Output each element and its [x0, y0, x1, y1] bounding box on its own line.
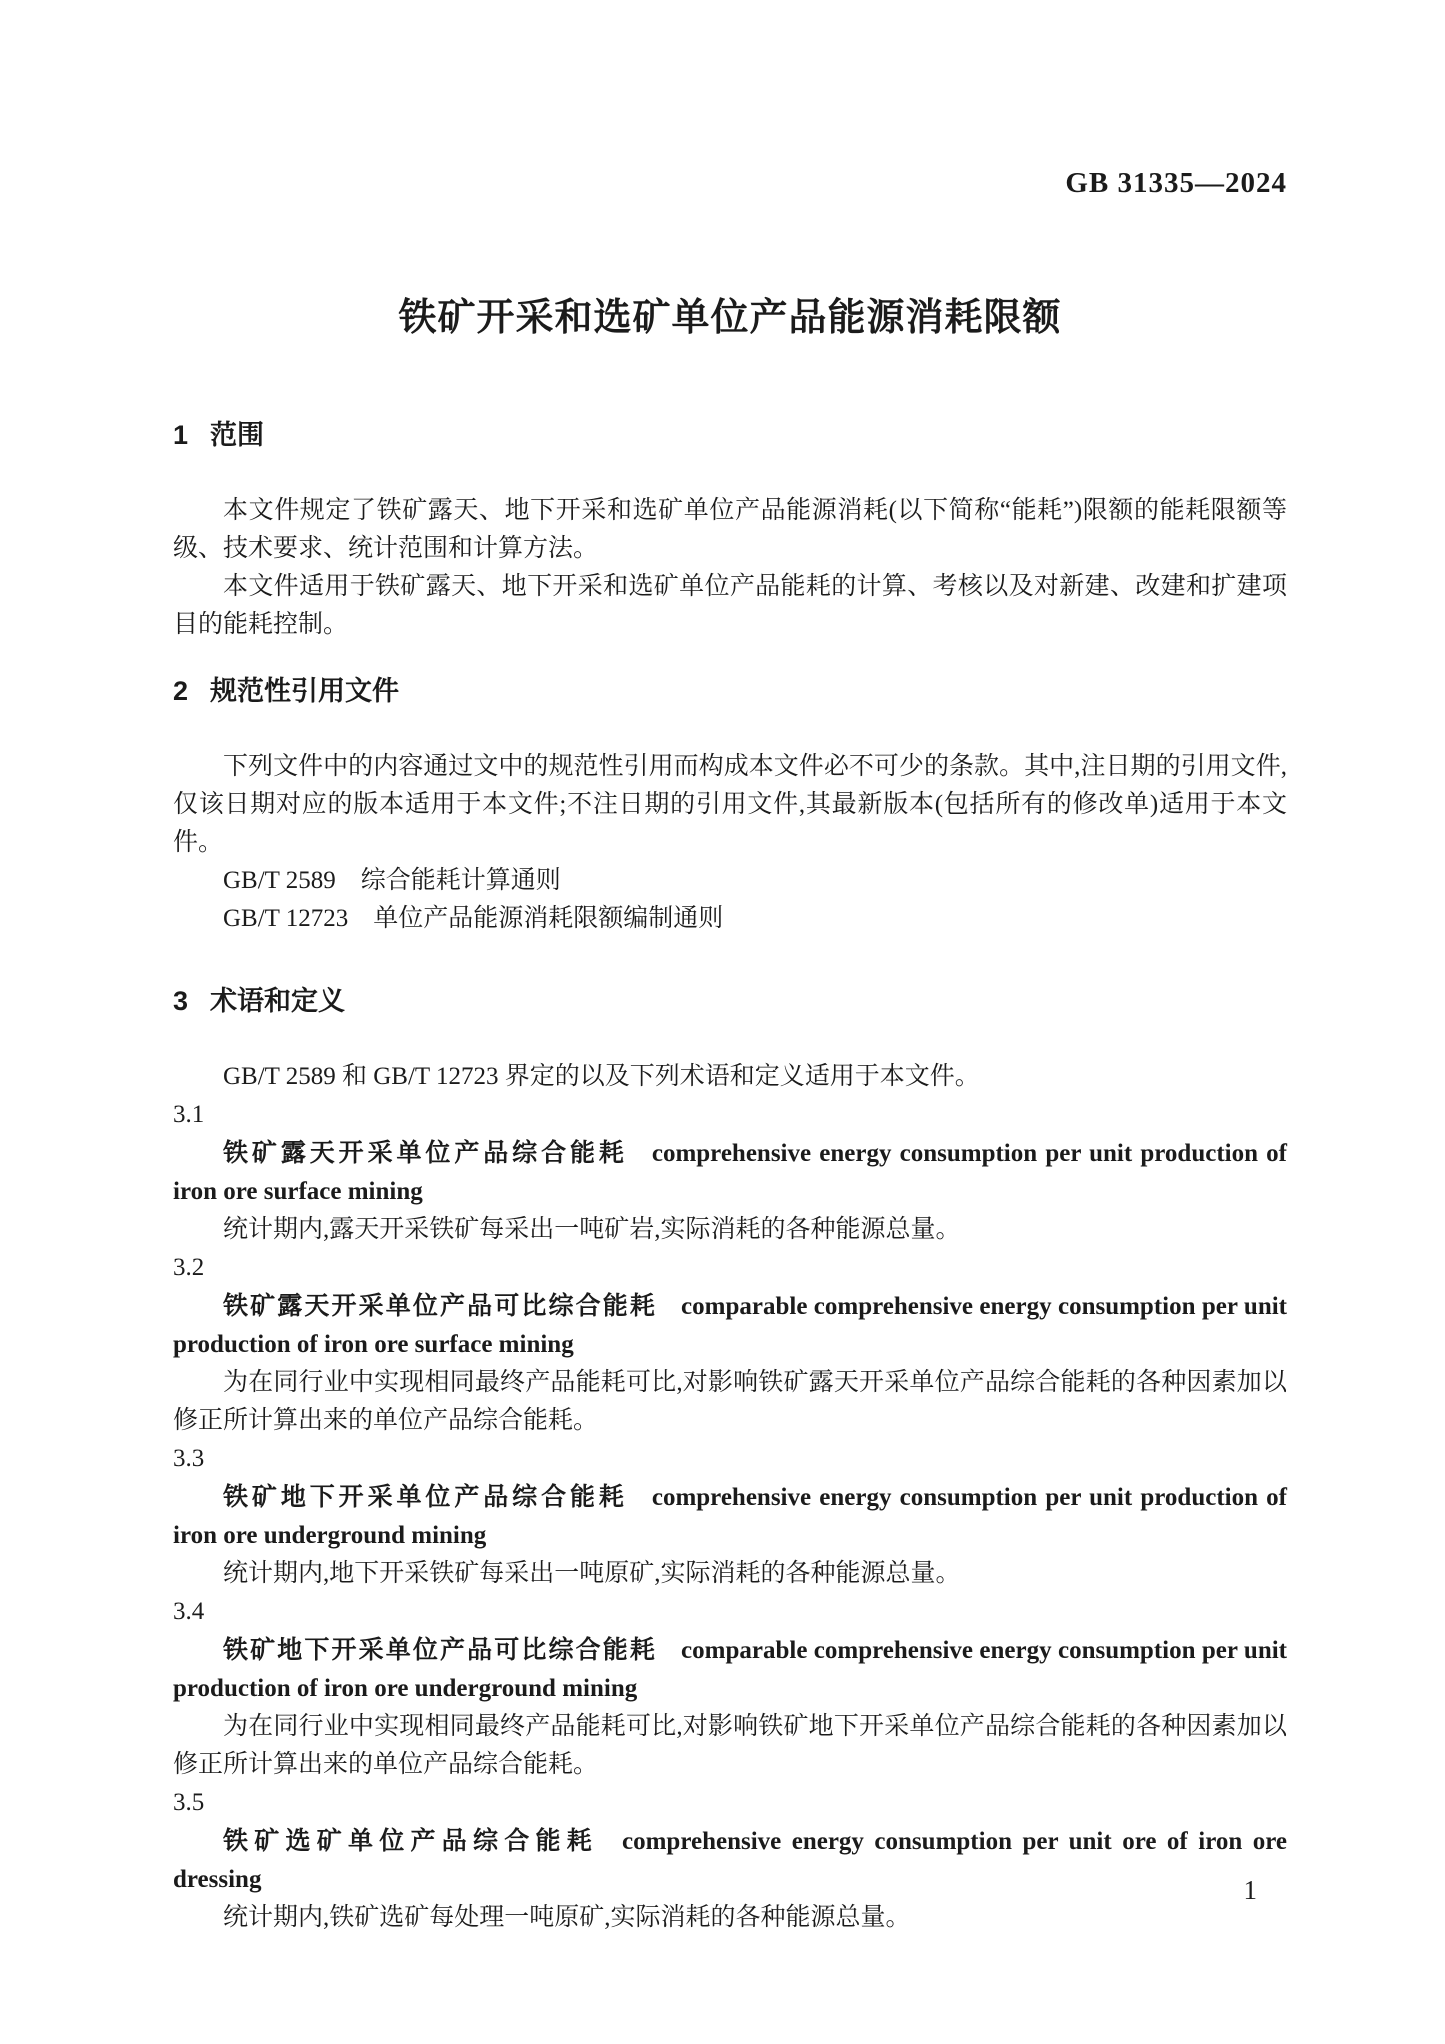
term-3-4: 3.4 铁矿地下开采单位产品可比综合能耗comparable comprehen…: [173, 1593, 1287, 1784]
document-title: 铁矿开采和选矿单位产品能源消耗限额: [173, 294, 1287, 342]
section-heading: 2规范性引用文件: [173, 674, 1287, 708]
term-zh-label: 铁矿选矿单位产品综合能耗: [223, 1827, 598, 1855]
reference-item: GB/T 12723 单位产品能源消耗限额编制通则: [173, 900, 1287, 938]
term-definition: 统计期内,露天开采铁矿每采出一吨矿岩,实际消耗的各种能源总量。: [173, 1211, 1287, 1249]
term-3-3: 3.3 铁矿地下开采单位产品综合能耗comprehensive energy c…: [173, 1440, 1287, 1593]
term-title: 铁矿地下开采单位产品可比综合能耗comparable comprehensive…: [173, 1631, 1287, 1708]
section-heading: 1范围: [173, 418, 1287, 452]
section-number: 1: [173, 418, 188, 452]
term-number: 3.2: [173, 1249, 1287, 1287]
section-terms-and-definitions: 3术语和定义 GB/T 2589 和 GB/T 12723 界定的以及下列术语和…: [173, 984, 1287, 1937]
term-zh-label: 铁矿地下开采单位产品综合能耗: [223, 1483, 628, 1511]
body-paragraph: 下列文件中的内容通过文中的规范性引用而构成本文件必不可少的条款。其中,注日期的引…: [173, 748, 1287, 862]
term-zh-label: 铁矿地下开采单位产品可比综合能耗: [223, 1636, 657, 1664]
term-definition: 为在同行业中实现相同最终产品能耗可比,对影响铁矿露天开采单位产品综合能耗的各种因…: [173, 1364, 1287, 1440]
body-paragraph: 本文件适用于铁矿露天、地下开采和选矿单位产品能耗的计算、考核以及对新建、改建和扩…: [173, 568, 1287, 644]
term-definition: 为在同行业中实现相同最终产品能耗可比,对影响铁矿地下开采单位产品综合能耗的各种因…: [173, 1708, 1287, 1784]
section-number: 2: [173, 674, 188, 708]
section-heading: 3术语和定义: [173, 984, 1287, 1018]
term-title: 铁矿露天开采单位产品可比综合能耗comparable comprehensive…: [173, 1287, 1287, 1364]
term-title: 铁矿露天开采单位产品综合能耗comprehensive energy consu…: [173, 1134, 1287, 1211]
term-definition: 统计期内,铁矿选矿每处理一吨原矿,实际消耗的各种能源总量。: [173, 1899, 1287, 1937]
term-3-2: 3.2 铁矿露天开采单位产品可比综合能耗comparable comprehen…: [173, 1249, 1287, 1440]
term-title: 铁矿地下开采单位产品综合能耗comprehensive energy consu…: [173, 1478, 1287, 1555]
term-definition: 统计期内,地下开采铁矿每采出一吨原矿,实际消耗的各种能源总量。: [173, 1555, 1287, 1593]
body-paragraph: 本文件规定了铁矿露天、地下开采和选矿单位产品能源消耗(以下简称“能耗”)限额的能…: [173, 492, 1287, 568]
section-scope: 1范围 本文件规定了铁矿露天、地下开采和选矿单位产品能源消耗(以下简称“能耗”)…: [173, 418, 1287, 644]
term-zh-label: 铁矿露天开采单位产品可比综合能耗: [223, 1292, 657, 1320]
term-3-5: 3.5 铁矿选矿单位产品综合能耗comprehensive energy con…: [173, 1784, 1287, 1937]
term-number: 3.3: [173, 1440, 1287, 1478]
section-heading-text: 术语和定义: [210, 986, 345, 1016]
term-title: 铁矿选矿单位产品综合能耗comprehensive energy consump…: [173, 1822, 1287, 1899]
section-heading-text: 规范性引用文件: [210, 676, 399, 706]
term-3-1: 3.1 铁矿露天开采单位产品综合能耗comprehensive energy c…: [173, 1096, 1287, 1249]
section-number: 3: [173, 984, 188, 1018]
standard-code: GB 31335—2024: [173, 168, 1287, 198]
document-page: GB 31335—2024 铁矿开采和选矿单位产品能源消耗限额 1范围 本文件规…: [0, 0, 1445, 2044]
terms-intro-paragraph: GB/T 2589 和 GB/T 12723 界定的以及下列术语和定义适用于本文…: [173, 1058, 1287, 1096]
term-number: 3.4: [173, 1593, 1287, 1631]
section-normative-references: 2规范性引用文件 下列文件中的内容通过文中的规范性引用而构成本文件必不可少的条款…: [173, 674, 1287, 938]
term-number: 3.5: [173, 1784, 1287, 1822]
page-number: 1: [1244, 1874, 1258, 1906]
section-heading-text: 范围: [210, 420, 264, 450]
term-zh-label: 铁矿露天开采单位产品综合能耗: [223, 1139, 628, 1167]
term-number: 3.1: [173, 1096, 1287, 1134]
reference-item: GB/T 2589 综合能耗计算通则: [173, 862, 1287, 900]
